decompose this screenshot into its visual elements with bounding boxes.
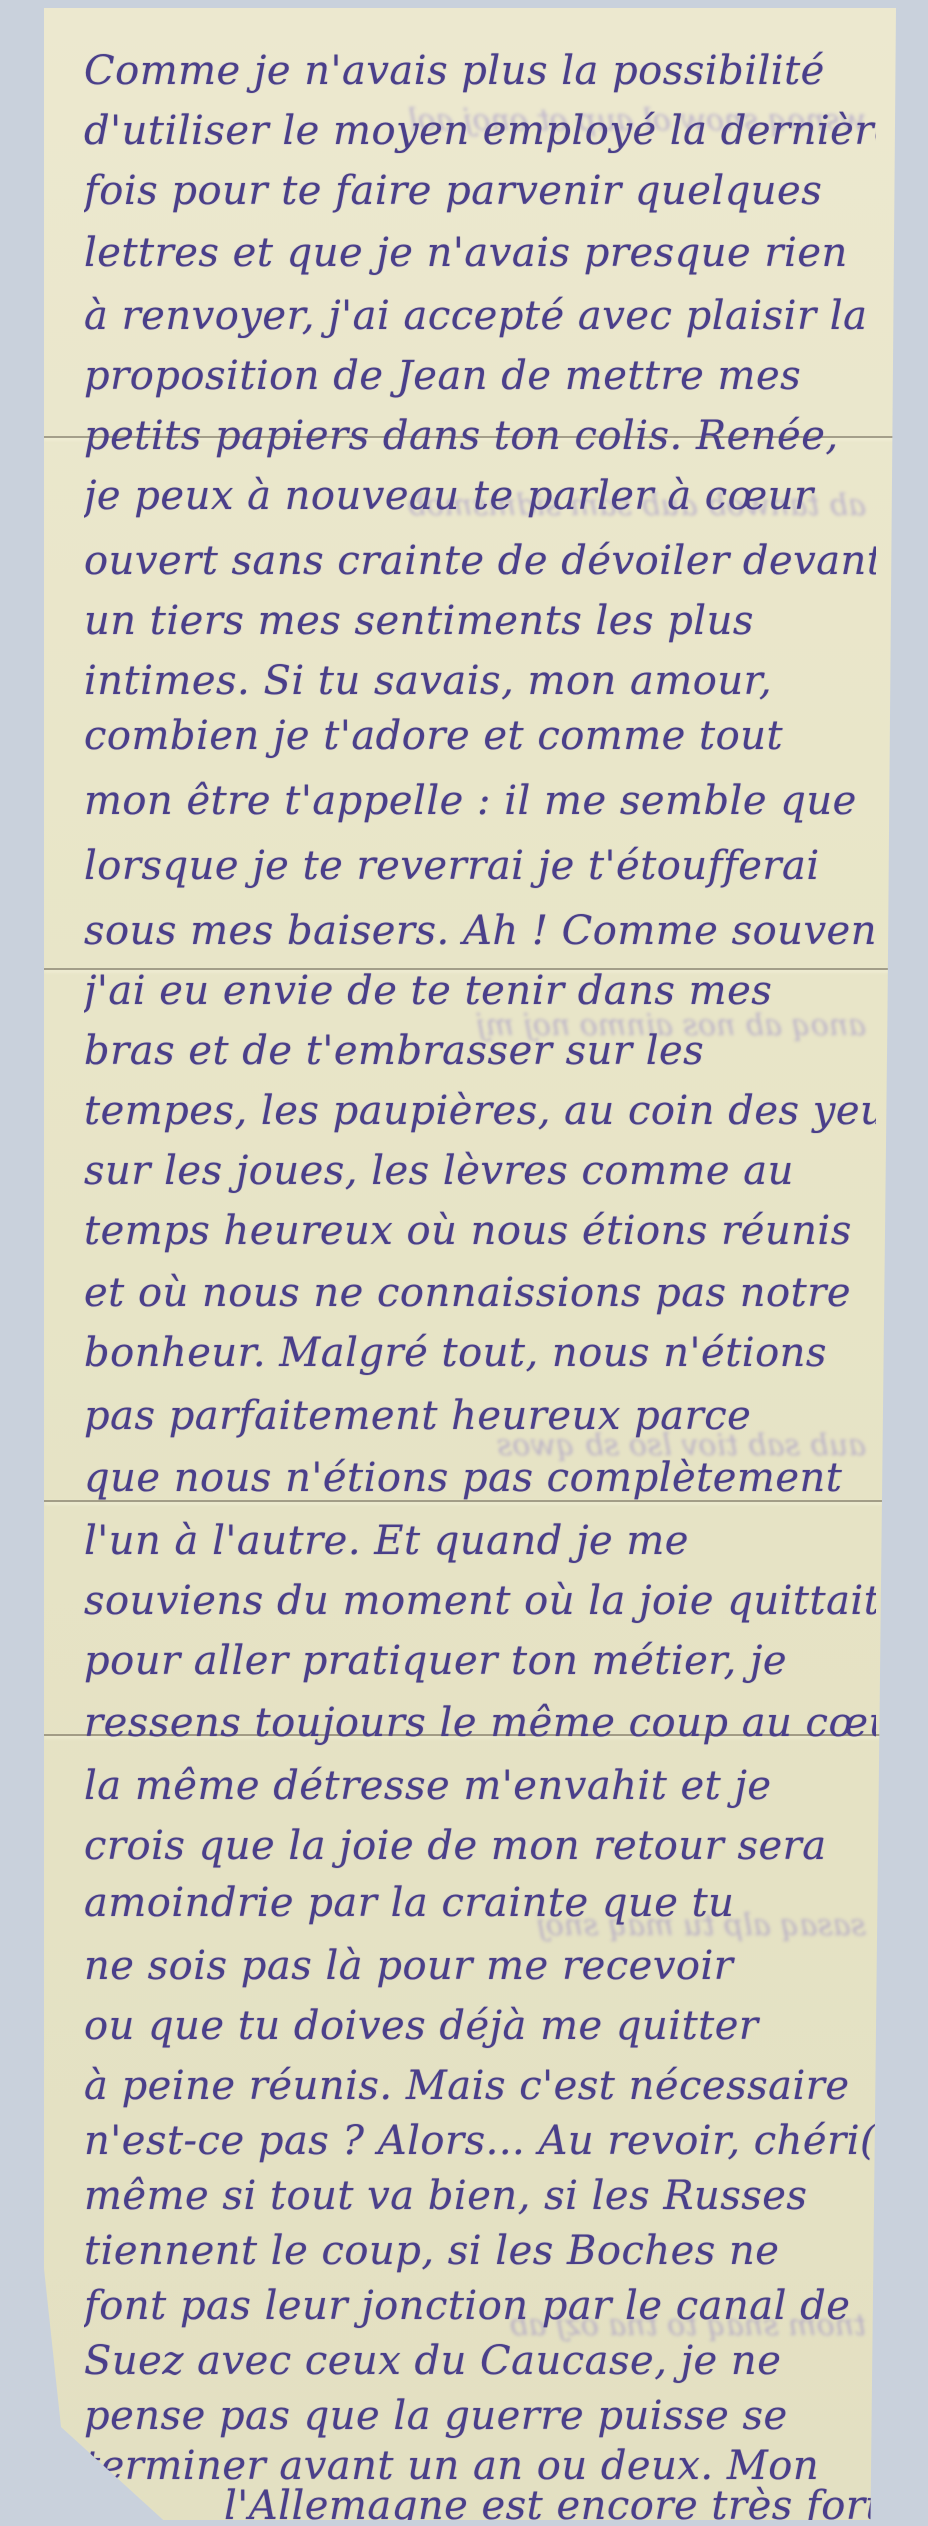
letter-line: bras et de t'embrasser sur les — [84, 1028, 876, 1074]
letter-line: l'Allemagne est encore très forte — [224, 2483, 876, 2526]
letter-line: proposition de Jean de mettre mes — [84, 353, 876, 399]
letter-line: tempes, les paupières, au coin des yeux, — [84, 1088, 876, 1134]
letter-paper: wsnoq snow ol aup ot onoj aol ab tanwob … — [44, 8, 896, 2520]
letter-line: sur les joues, les lèvres comme au — [84, 1148, 876, 1194]
letter-line: petits papiers dans ton colis. Renée, — [84, 413, 876, 459]
letter-line: font pas leur jonction par le canal de — [84, 2283, 876, 2329]
letter-line: ne sois pas là pour me recevoir — [84, 1943, 876, 1989]
letter-line: n'est-ce pas ? Alors... Au revoir, chéri… — [84, 2118, 876, 2164]
letter-line: tiennent le coup, si les Boches ne — [84, 2228, 876, 2274]
letter-line: sous mes baisers. Ah ! Comme souvent — [84, 908, 876, 954]
letter-line: même si tout va bien, si les Russes — [84, 2173, 876, 2219]
letter-line: mon être t'appelle : il me semble que — [84, 778, 876, 824]
letter-line: temps heureux où nous étions réunis — [84, 1208, 876, 1254]
letter-line: l'un à l'autre. Et quand je me — [84, 1518, 876, 1564]
letter-line: un tiers mes sentiments les plus — [84, 598, 876, 644]
letter-line: d'utiliser le moyen employé la dernière — [84, 108, 876, 154]
letter-line: bonheur. Malgré tout, nous n'étions — [84, 1330, 876, 1376]
letter-line: la même détresse m'envahit et je — [84, 1763, 876, 1809]
letter-line: ouvert sans crainte de dévoiler devant — [84, 538, 876, 584]
letter-line: ou que tu doives déjà me quitter — [84, 2003, 876, 2049]
letter-line: j'ai eu envie de te tenir dans mes — [84, 968, 876, 1014]
letter-line: combien je t'adore et comme tout — [84, 713, 876, 759]
letter-line: fois pour te faire parvenir quelques — [84, 168, 876, 214]
letter-line: souviens du moment où la joie quittait — [84, 1578, 876, 1624]
letter-line: Suez avec ceux du Caucase, je ne — [84, 2338, 876, 2384]
letter-line: amoindrie par la crainte que tu — [84, 1880, 876, 1926]
letter-line: intimes. Si tu savais, mon amour, — [84, 658, 876, 704]
letter-line: et où nous ne connaissions pas notre — [84, 1270, 876, 1316]
letter-line: pense pas que la guerre puisse se — [84, 2393, 876, 2439]
letter-line: Comme je n'avais plus la possibilité — [84, 48, 876, 94]
letter-line: pas parfaitement heureux parce — [84, 1393, 876, 1439]
letter-line: à renvoyer, j'ai accepté avec plaisir la — [84, 293, 876, 339]
letter-line: crois que la joie de mon retour sera — [84, 1823, 876, 1869]
letter-line: que nous n'étions pas complètement — [84, 1455, 876, 1501]
letter-line: lorsque je te reverrai je t'étoufferai — [84, 843, 876, 889]
letter-line: pour aller pratiquer ton métier, je — [84, 1638, 876, 1684]
letter-line: ressens toujours le même coup au cœur, — [84, 1700, 876, 1746]
letter-line: à peine réunis. Mais c'est nécessaire — [84, 2063, 876, 2109]
letter-line: lettres et que je n'avais presque rien — [84, 230, 876, 276]
letter-line: je peux à nouveau te parler à cœur — [84, 473, 876, 519]
